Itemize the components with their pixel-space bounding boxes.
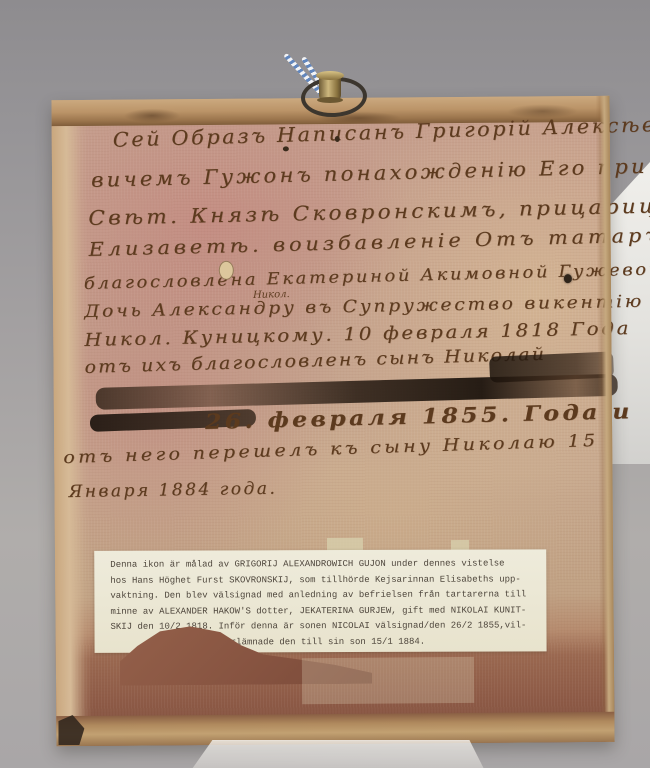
tape-piece bbox=[451, 540, 469, 550]
inscription-line: вичемъ Гужонъ понахожденію Его при bbox=[91, 154, 648, 192]
tape-piece bbox=[302, 657, 474, 704]
label-line: vaktning. Den blev välsignad med anledni… bbox=[110, 587, 540, 604]
inscription-line: Елизаветѣ. воизбавленіе Отъ татаръ bbox=[88, 224, 650, 261]
canvas-covering: Сей Образъ Написанъ Григорій Алексѣе- ви… bbox=[52, 122, 615, 746]
canvas-left-fold bbox=[52, 126, 93, 746]
label-line: minne av ALEXANDER HAKOW'S dotter, JEKAT… bbox=[110, 603, 540, 620]
worm-hole bbox=[564, 274, 572, 283]
inscription-line: Свѣт. Князѣ Сковронскимъ, прицарицѣ bbox=[88, 193, 650, 230]
inscription-line: отъ него перешелъ къ сыну Николаю 15 bbox=[63, 431, 599, 468]
canvas-damage-spot bbox=[219, 261, 234, 280]
label-line: överlämnade den till sin son 15/1 1884. bbox=[215, 634, 541, 651]
worm-hole bbox=[283, 146, 289, 151]
label-line: hos Hans Höghet Furst SKOVRONSKIJ, som t… bbox=[110, 572, 540, 589]
inscription-line: Дочь Александру въ Супружество викентію bbox=[84, 292, 644, 322]
inscription-line: отъ ихъ благословленъ сынъ Николай bbox=[84, 345, 546, 378]
label-line: Denna ikon är målad av GRIGORIJ ALEXANDR… bbox=[110, 556, 540, 573]
worm-hole bbox=[335, 136, 340, 142]
icon-panel-back: Сей Образъ Написанъ Григорій Алексѣе- ви… bbox=[51, 96, 614, 746]
inscription-line: Января 1884 года. bbox=[68, 479, 277, 502]
brass-knob bbox=[319, 74, 341, 101]
inscription-line: Никол. Куницкому. 10 февраля 1818 Года bbox=[84, 318, 631, 351]
photograph-icon-back: Сей Образъ Написанъ Григорій Алексѣе- ви… bbox=[0, 0, 650, 768]
display-stand bbox=[192, 740, 484, 768]
